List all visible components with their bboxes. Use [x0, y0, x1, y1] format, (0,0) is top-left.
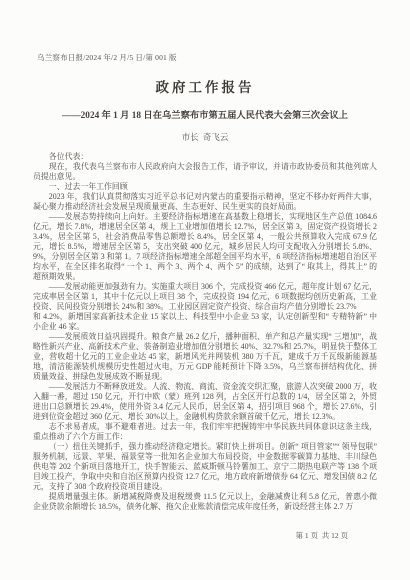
doc-subtitle: ——2024 年 1 月 18 日在乌兰察布市第五届人民代表大会第三次会议上 [0, 107, 410, 121]
paragraph: ——发展活力不断释放迸发。人流、物流、商流、资金流交织汇聚，旅游人次突破 200… [33, 382, 377, 422]
paragraph: ——发展质效日益巩固提升。粮食产量 26.2 亿斤，播种面积、单产和总产量实现“… [33, 332, 377, 382]
paragraph: ——发展态势持续向上向好。主要经济指标增速在高基数上稳增长，实现地区生产总值 1… [33, 212, 377, 282]
section-heading: 一、过去一年工作回顾 [33, 182, 377, 192]
document-page: 乌兰察布日报/2024 年/2 月/5 日/第 001 版 政府工作报告 ——2… [0, 0, 410, 580]
author-line: 市长 奇飞云 [0, 131, 410, 143]
paragraph: （一）扭住关键抓手，强力推动经济稳定增长。紧盯快上拼项目。创新“ 项目管家”“ … [33, 442, 377, 492]
paragraph: 志不求易者成，事不避难者进。过去一年，我们牢牢把握铸牢中华民族共同体意识这条主线… [33, 422, 377, 442]
page-title: 政府工作报告 [0, 76, 410, 96]
salutation: 各位代表： [33, 152, 377, 162]
masthead-source-line: 乌兰察布日报/2024 年/2 月/5 日/第 001 版 [37, 0, 410, 63]
paragraph: ——发展动能更加强劲有力。实施重大项目 306 个，完成投资 466 亿元，超年… [33, 282, 377, 332]
paragraph: 2023 年，我们认真贯彻落实习近平总书记对内蒙古的重要指示精神，坚定不移办好两… [33, 192, 377, 212]
page-number: 第 1 页 共 12 页 [296, 530, 349, 541]
document-body: 各位代表： 现在，我代表乌兰察布市人民政府向大会报告工作，请予审议，并请市政协委… [33, 152, 377, 512]
paragraph: 现在，我代表乌兰察布市人民政府向大会报告工作，请予审议，并请市政协委员和其他列席… [33, 162, 377, 182]
paragraph: 提质增量强主体。新增减税降费及退税缓费 11.5 亿元以上，金融减费让利 5.8… [33, 492, 377, 512]
